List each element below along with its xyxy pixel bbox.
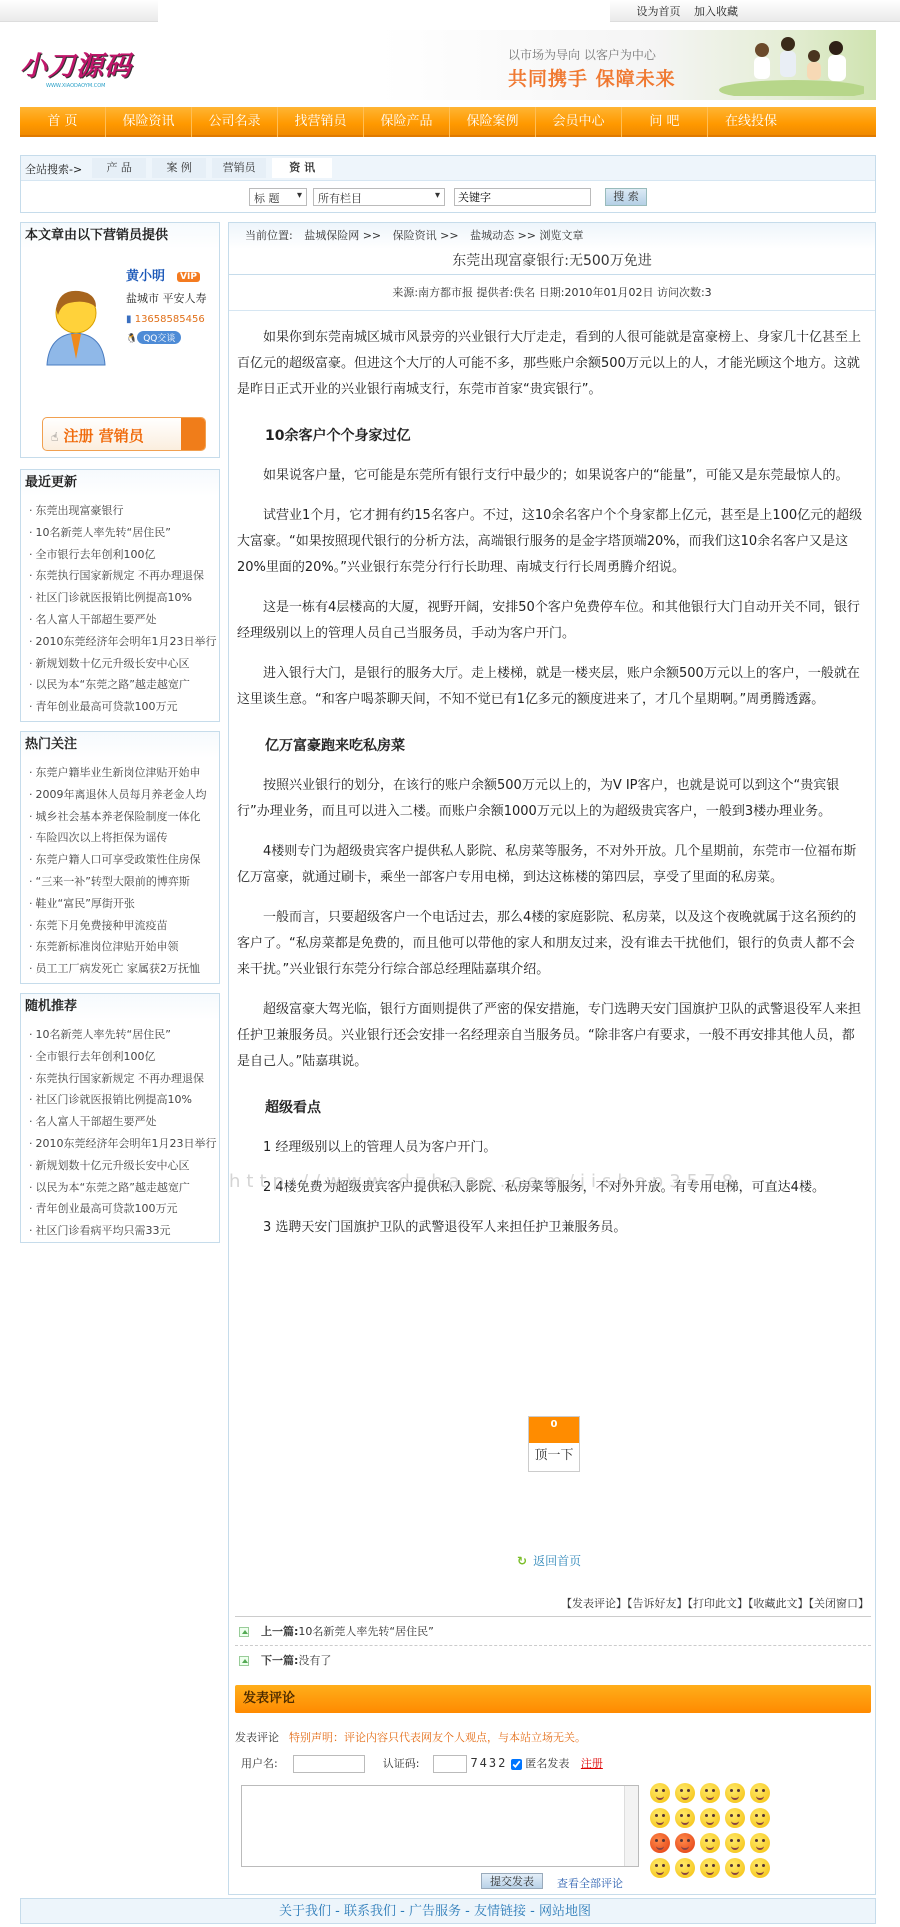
list-item[interactable]: 全市银行去年创利100亿 [29,1046,219,1068]
top-bar-spacer [158,0,610,22]
list-item[interactable]: 名人富人干部超生要严处 [29,1111,219,1133]
agent-box: 本文章由以下营销员提供 黄小明VIP 盐城市 平安人寿 ▮ 1365858545… [20,222,220,458]
article-subheading: 超级看点 [237,1095,867,1121]
nav-home[interactable]: 首 页 [20,107,106,137]
list-item[interactable]: 名人富人干部超生要严处 [29,609,219,631]
list-item[interactable]: 社区门诊就医报销比例提高10% [29,1089,219,1111]
hot-topics-list: 东莞户籍毕业生新岗位津贴开始申 2009年离退休人员每月养老金人均 城乡社会基本… [21,758,219,980]
nav-online-insure[interactable]: 在线投保 [708,107,794,137]
article-paragraph: 如果说客户量，它可能是东莞所有银行支行中最少的；如果说客户的“能量”，可能又是东… [237,463,867,489]
return-arrow-icon: ↻ [517,1554,527,1568]
emoticon-icon[interactable] [750,1783,770,1803]
footer-friend-links[interactable]: 友情链接 [474,1904,526,1919]
list-item[interactable]: 东莞户籍人口可享受政策性住房保 [29,849,219,871]
nav-insurance-news[interactable]: 保险资讯 [106,107,192,137]
comment-disclaimer: 特别声明：评论内容只代表网友个人观点，与本站立场无关。 [289,1731,586,1744]
post-comment-link[interactable]: 【发表评论】 [561,1597,627,1610]
footer-sep: - [526,1904,539,1919]
list-item[interactable]: 以民为本“东莞之路”越走越宽广 [29,1177,219,1199]
family-photo-icon [714,34,864,96]
article-subheading: 亿万富豪跑来吃私房菜 [237,733,867,759]
agent-name[interactable]: 黄小明 [126,269,165,284]
article-paragraph: 4楼则专门为超级贵宾客户提供私人影院、私房菜等服务，不对外开放。几个星期前，东莞… [237,839,867,891]
article-paragraph: 3 选聘天安门国旗护卫队的武警退役军人来担任护卫兼服务员。 [237,1215,867,1241]
article-panel: 当前位置: 盐城保险网 >> 保险资讯 >> 盐城动态 >> 浏览文章 东莞出现… [228,222,876,1895]
tell-friend-link[interactable]: 【告诉好友】 [627,1597,688,1610]
captcha-label: 认证码: [383,1757,420,1770]
list-item[interactable]: 车险四次以上将拒保为谣传 [29,827,219,849]
register-agent-button[interactable]: ☝ 注册 营销员 [42,417,206,451]
article-paragraph: 1 经理级别以上的管理人员为客户开门。 [237,1135,867,1161]
hand-pointer-icon: ☝ [51,430,58,444]
print-link[interactable]: 【打印此文】 [688,1597,749,1610]
article-paragraph: 试营业1个月，它才拥有约15名客户。不过，这10余名客户个个身家都上亿元，甚至是… [237,503,867,581]
tab-cases[interactable]: 案 例 [152,158,206,178]
logo-text: 小刀源码 [20,44,150,83]
back-home-link[interactable]: ↻返回首页 [517,1552,581,1569]
footer-ads[interactable]: 广告服务 [409,1904,461,1919]
prev-title: 10名新莞人率先转“居住民” [298,1625,433,1638]
agent-qq: 🐧QQ交谈 [126,331,207,344]
nav-find-agent[interactable]: 找营销员 [278,107,364,137]
list-item[interactable]: 青年创业最高可贷款100万元 [29,696,219,718]
phone-icon: ▮ [126,314,132,325]
comment-label: 发表评论 [235,1731,279,1744]
article-paragraph: 进入银行大门，是银行的服务大厅。走上楼梯，就是一楼夹层，账户余额500万元以上的… [237,661,867,713]
list-item[interactable]: 2010东莞经济年会明年1月23日举行 [29,1133,219,1155]
footer-sep: - [461,1904,474,1919]
emoticon-icon[interactable] [750,1858,770,1878]
emoticon-icon[interactable] [725,1833,745,1853]
back-home-label: 返回首页 [533,1554,581,1568]
footer-contact[interactable]: 联系我们 [344,1904,396,1919]
emoticon-icon[interactable] [700,1858,720,1878]
list-item[interactable]: 城乡社会基本养老保险制度一体化 [29,806,219,828]
submit-comment-button[interactable]: 提交发表 [481,1873,543,1889]
nav-insurance-cases[interactable]: 保险案例 [450,107,536,137]
anonymous-checkbox[interactable] [511,1759,522,1770]
list-item[interactable]: 东莞执行国家新规定 不再办理退保 [29,1068,219,1090]
nav-member-center[interactable]: 会员中心 [536,107,622,137]
list-item[interactable]: 员工工厂病发死亡 家属获2万抚恤 [29,958,219,980]
breadcrumb-site[interactable]: 盐城保险网 >> [304,229,381,242]
list-item[interactable]: 10名新莞人率先转“居住民” [29,1024,219,1046]
view-all-comments-link[interactable]: 查看全部评论 [557,1875,623,1891]
top-bar: 设为首页 加入收藏 [0,0,900,22]
next-title: 没有了 [298,1654,331,1667]
emoticon-icon[interactable] [675,1858,695,1878]
captcha-code: 7432 [470,1756,507,1770]
nav-company-directory[interactable]: 公司名录 [192,107,278,137]
list-item[interactable]: 新规划数十亿元升级长安中心区 [29,653,219,675]
hot-topics-title: 热门关注 [21,732,219,758]
list-item[interactable]: 2010东莞经济年会明年1月23日举行 [29,631,219,653]
article-paragraph: 超级富豪大驾光临，银行方面则提供了严密的保安措施，专门选聘天安门国旗护卫队的武警… [237,997,867,1075]
list-item[interactable]: 社区门诊就医报销比例提高10% [29,587,219,609]
vip-badge: VIP [177,272,200,282]
tab-news[interactable]: 资 讯 [272,158,332,178]
prev-article-link[interactable]: 上一篇:10名新莞人率先转“居住民” [235,1616,871,1646]
breadcrumb: 当前位置: 盐城保险网 >> 保险资讯 >> 盐城动态 >> 浏览文章 [229,223,875,249]
hot-topics-box: 热门关注 东莞户籍毕业生新岗位津贴开始申 2009年离退休人员每月养老金人均 城… [20,731,220,984]
arrow-up-icon [239,1627,249,1637]
emoticon-icon[interactable] [700,1808,720,1828]
list-item[interactable]: 东莞下月免费接种甲流疫苗 [29,915,219,937]
top-links: 设为首页 加入收藏 [627,3,739,19]
header-banner: 以市场为导向 以客户为中心 共同携手 保障未来 [380,30,876,100]
main-nav: 首 页保险资讯公司名录找营销员保险产品保险案例会员中心问 吧在线投保 [20,107,876,137]
register-link[interactable]: 注册 [581,1757,603,1770]
emoticon-icon[interactable] [700,1833,720,1853]
agent-box-title: 本文章由以下营销员提供 [21,223,219,249]
bookmark-link[interactable]: 【收藏此文】 [748,1597,809,1610]
add-favorite-link[interactable]: 加入收藏 [694,5,738,18]
footer-about[interactable]: 关于我们 [279,1904,331,1919]
emoticon-icon[interactable] [650,1783,670,1803]
emoticon-icon[interactable] [750,1833,770,1853]
list-item[interactable]: 东莞出现富豪银行 [29,500,219,522]
agent-avatar-icon [41,279,111,369]
next-article-link[interactable]: 下一篇:没有了 [235,1647,871,1675]
username-label: 用户名: [241,1757,278,1770]
list-item[interactable]: 青年创业最高可贷款100万元 [29,1198,219,1220]
emoticon-grid [650,1783,774,1878]
next-label: 下一篇: [261,1654,298,1667]
emoticon-icon[interactable] [700,1783,720,1803]
nav-qa[interactable]: 问 吧 [622,107,708,137]
agent-info: 黄小明VIP 盐城市 平安人寿 ▮ 13658585456 🐧QQ交谈 [126,265,207,344]
search-button[interactable]: 搜 索 [605,188,647,206]
search-label: 全站搜索-> [21,158,86,180]
breadcrumb-news[interactable]: 保险资讯 >> [393,229,459,242]
tab-products[interactable]: 产 品 [92,158,146,178]
banner-headline: 共同携手 保障未来 [508,64,676,91]
recent-updates-box: 最近更新 东莞出现富豪银行 10名新莞人率先转“居住民” 全市银行去年创利100… [20,469,220,722]
site-search: 全站搜索-> 产 品 案 例 营销员 资 讯 标 题 所有栏目 搜 索 [20,155,876,213]
agent-phone-number: 13658585456 [135,314,205,325]
upvote-label: 顶一下 [529,1443,579,1469]
anonymous-label: 匿名发表 [525,1757,569,1770]
nav-insurance-products[interactable]: 保险产品 [364,107,450,137]
emoticon-icon[interactable] [675,1808,695,1828]
article-paragraph: 2 4楼免费为超级贵宾客户提供私人影院、私房菜等服务，不对外开放。有专用电梯，可… [237,1175,867,1201]
emoticon-icon[interactable] [675,1833,695,1853]
comment-header: 发表评论 [235,1685,871,1713]
emoticon-icon[interactable] [725,1783,745,1803]
list-item[interactable]: 10名新莞人率先转“居住民” [29,522,219,544]
register-arrow-tab [181,418,205,450]
random-recommend-box: 随机推荐 10名新莞人率先转“居住民” 全市银行去年创利100亿 东莞执行国家新… [20,993,220,1243]
list-item[interactable]: 2009年离退休人员每月养老金人均 [29,784,219,806]
captcha-input[interactable] [433,1755,467,1773]
emoticon-icon[interactable] [750,1808,770,1828]
article-meta: 来源:南方都市报 提供者:佚名 日期:2010年01月02日 访问次数:3 [229,275,875,311]
textarea-scrollbar[interactable] [624,1786,638,1866]
search-column-select[interactable]: 所有栏目 [313,188,445,206]
article-title: 东莞出现富豪银行:无500万免进 [229,249,875,275]
footer-links: 关于我们 - 联系我们 - 广告服务 - 友情链接 - 网站地图 [20,1898,876,1924]
arrow-up-icon [239,1656,249,1666]
agent-phone: ▮ 13658585456 [126,314,207,325]
search-row: 标 题 所有栏目 搜 索 [21,180,875,212]
list-item[interactable]: 东莞新标准岗位津贴开始申领 [29,936,219,958]
footer-sep: - [396,1904,409,1919]
article-paragraph: 如果你到东莞南城区城市风景旁的兴业银行大厅走走，看到的人很可能就是富豪榜上、身家… [237,325,867,403]
article-paragraph: 一般而言，只要超级客户一个电话过去，那么4楼的家庭影院、私房菜，以及这个夜晚就属… [237,905,867,983]
footer-sitemap[interactable]: 网站地图 [539,1904,591,1919]
random-recommend-list: 10名新莞人率先转“居住民” 全市银行去年创利100亿 东莞执行国家新规定 不再… [21,1020,219,1242]
close-window-link[interactable]: 【关闭窗口】 [809,1597,870,1610]
breadcrumb-label: 当前位置: [245,229,293,242]
emoticon-icon[interactable] [650,1858,670,1878]
comment-notice: 发表评论特别声明：评论内容只代表网友个人观点，与本站立场无关。 [235,1729,586,1745]
emoticon-icon[interactable] [725,1858,745,1878]
article-actions: 【发表评论】【告诉好友】【打印此文】【收藏此文】【关闭窗口】 [561,1595,869,1611]
list-item[interactable]: 全市银行去年创利100亿 [29,544,219,566]
comment-form: 用户名: 认证码: 7432 匿名发表 注册 [241,1755,861,1773]
list-item[interactable]: “三来一补”转型大限前的博弈斯 [29,871,219,893]
breadcrumb-local[interactable]: 盐城动态 >> 浏览文章 [470,229,583,242]
username-input[interactable] [293,1755,365,1773]
list-item[interactable]: 东莞户籍毕业生新岗位津贴开始申 [29,762,219,784]
emoticon-icon[interactable] [650,1833,670,1853]
article-paragraph: 按照兴业银行的划分，在该行的账户余额500万元以上的，为V IP客户，也就是说可… [237,773,867,825]
upvote-button[interactable]: 0 顶一下 [528,1416,580,1472]
recent-updates-title: 最近更新 [21,470,219,496]
banner-slogan: 以市场为导向 以客户为中心 [508,46,656,63]
emoticon-icon[interactable] [650,1808,670,1828]
search-tabs: 全站搜索-> 产 品 案 例 营销员 资 讯 [21,158,332,180]
set-home-link[interactable]: 设为首页 [637,5,681,18]
list-item[interactable]: 东莞执行国家新规定 不再办理退保 [29,565,219,587]
list-item[interactable]: 社区门诊看病平均只需33元 [29,1220,219,1242]
article-paragraph: 这是一栋有4层楼高的大厦，视野开阔，安排50个客户免费停车位。和其他银行大门自动… [237,595,867,647]
logo-subtext: WWW.XIAODAOYM.COM [46,83,150,89]
search-field-select[interactable]: 标 题 [249,188,307,206]
list-item[interactable]: 新规划数十亿元升级长安中心区 [29,1155,219,1177]
site-logo[interactable]: 小刀源码 WWW.XIAODAOYM.COM [20,44,150,90]
register-agent-label: 注册 营销员 [64,427,144,445]
random-recommend-title: 随机推荐 [21,994,219,1020]
recent-updates-list: 东莞出现富豪银行 10名新莞人率先转“居住民” 全市银行去年创利100亿 东莞执… [21,496,219,718]
emoticon-icon[interactable] [675,1783,695,1803]
upvote-count: 0 [529,1417,579,1443]
emoticon-icon[interactable] [725,1808,745,1828]
list-item[interactable]: 鞋业“富民”厚街开张 [29,893,219,915]
article-body: 如果你到东莞南城区城市风景旁的兴业银行大厅走走，看到的人很可能就是富豪榜上、身家… [229,325,875,1241]
article-subheading: 10余客户个个身家过亿 [237,423,867,449]
comment-textarea[interactable] [241,1785,639,1867]
tab-agents[interactable]: 营销员 [212,158,266,178]
agent-city-company: 盐城市 平安人寿 [126,290,207,306]
prev-label: 上一篇: [261,1625,298,1638]
keyword-input[interactable] [454,188,591,206]
qq-chat-button[interactable]: QQ交谈 [137,331,181,344]
footer-sep: - [331,1904,344,1919]
list-item[interactable]: 以民为本“东莞之路”越走越宽广 [29,674,219,696]
qq-penguin-icon: 🐧 [126,334,137,344]
